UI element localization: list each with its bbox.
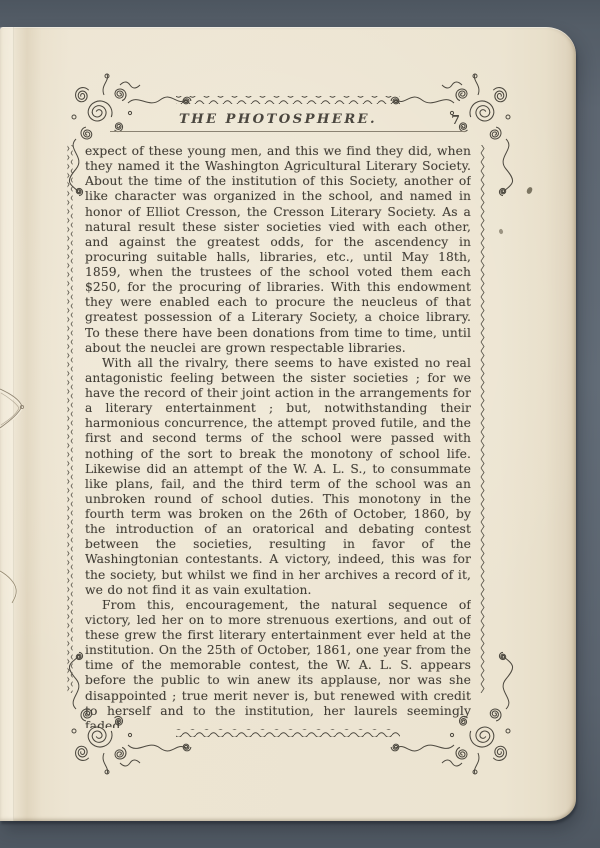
body-paragraph: expect of these young men, and this we f… [85, 144, 471, 356]
top-wavy-rule [176, 96, 400, 104]
right-zigzag-rule [480, 145, 485, 693]
body-paragraph: From this, encouragement, the natural se… [85, 598, 471, 728]
left-zigzag-rule [68, 145, 73, 693]
running-head: THE PHOTOSPHERE. 7 [84, 110, 472, 130]
desk-background: THE PHOTOSPHERE. 7 expect of these young… [0, 0, 600, 848]
bottom-wavy-rule [176, 729, 400, 737]
page-body: expect of these young men, and this we f… [85, 144, 471, 728]
running-head-title: THE PHOTOSPHERE. [179, 112, 377, 127]
book-page: THE PHOTOSPHERE. 7 expect of these young… [0, 27, 576, 821]
page-number: 7 [451, 110, 460, 130]
body-paragraph: With all the rivalry, there seems to hav… [85, 356, 471, 598]
